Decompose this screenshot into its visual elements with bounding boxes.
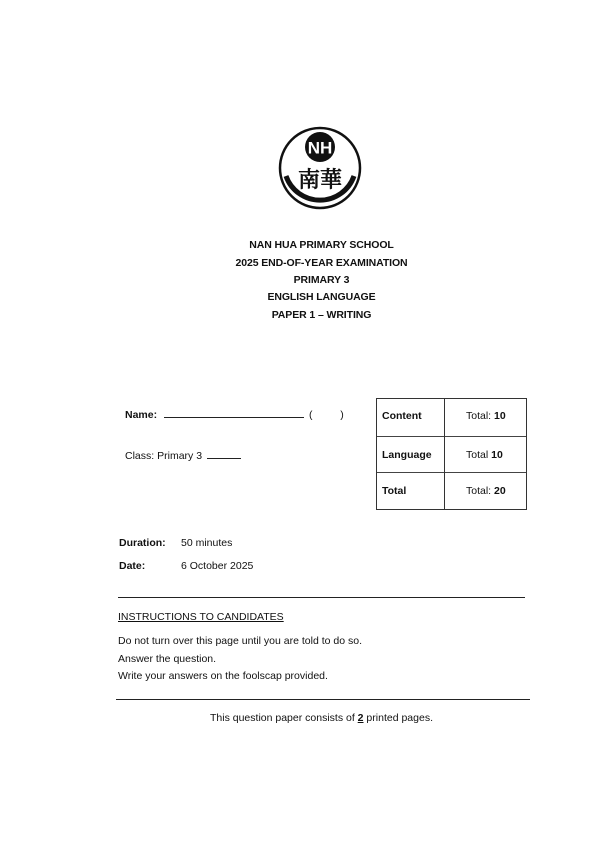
- name-row: Name: ( ): [125, 409, 344, 421]
- duration-value: 50 minutes: [181, 537, 232, 549]
- class-field[interactable]: [207, 458, 241, 459]
- logo-initials: NH: [308, 139, 333, 158]
- exam-title: 2025 END-OF-YEAR EXAMINATION: [0, 257, 600, 269]
- class-label: Class:: [125, 450, 154, 462]
- name-label: Name:: [125, 409, 157, 421]
- level: PRIMARY 3: [0, 274, 600, 286]
- date-value: 6 October 2025: [181, 560, 253, 572]
- class-row: Class: Primary 3: [125, 450, 241, 462]
- school-logo: NH 南華: [276, 124, 364, 212]
- index-open-paren: (: [309, 409, 313, 421]
- page-count-note: This question paper consists of 2 printe…: [0, 712, 600, 724]
- marks-category: Language: [382, 449, 432, 461]
- marks-category: Content: [382, 410, 422, 422]
- marks-total: Total: 10: [466, 410, 506, 422]
- duration-label: Duration:: [119, 537, 166, 549]
- subject: ENGLISH LANGUAGE: [0, 291, 600, 303]
- logo-chinese: 南華: [298, 167, 342, 193]
- instruction-line: Answer the question.: [118, 653, 216, 665]
- marks-total: Total: 20: [466, 485, 506, 497]
- divider-top: [118, 597, 525, 598]
- divider-bottom: [116, 699, 530, 700]
- marks-category: Total: [382, 485, 406, 497]
- instructions-heading: INSTRUCTIONS TO CANDIDATES: [118, 611, 284, 623]
- marks-divider: [444, 399, 445, 509]
- marks-table: Content Total: 10 Language Total 10 Tota…: [376, 398, 527, 510]
- index-close-paren: ): [340, 409, 344, 421]
- marks-total: Total 10: [466, 449, 503, 461]
- date-label: Date:: [119, 560, 145, 572]
- school-name: NAN HUA PRIMARY SCHOOL: [0, 239, 600, 251]
- marks-row-content: Content Total: 10: [377, 399, 526, 437]
- name-field[interactable]: [164, 417, 304, 418]
- marks-row-language: Language Total 10: [377, 437, 526, 473]
- instruction-line: Write your answers on the foolscap provi…: [118, 670, 328, 682]
- instruction-line: Do not turn over this page until you are…: [118, 635, 362, 647]
- class-value: Primary 3: [157, 450, 202, 462]
- paper-title: PAPER 1 – WRITING: [0, 309, 600, 321]
- marks-row-total: Total Total: 20: [377, 473, 526, 510]
